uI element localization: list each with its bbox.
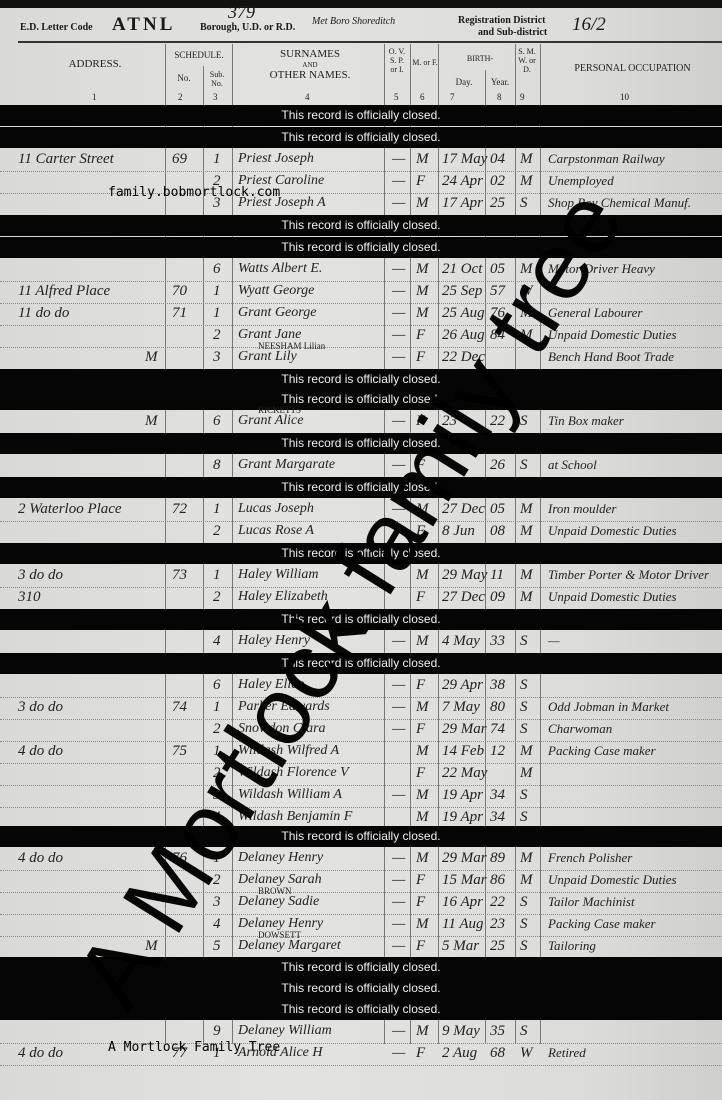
occupation-cell: at School xyxy=(548,457,597,473)
occupation-cell: Timber Porter & Motor Driver xyxy=(548,567,709,583)
sex-cell: M xyxy=(416,633,429,650)
closed-record-bar: This record is officially closed. xyxy=(0,105,722,126)
status-cell: M xyxy=(520,765,533,782)
sub-cell: 1 xyxy=(213,567,221,584)
name-cell: Lucas Rose A xyxy=(238,523,314,539)
sex-cell: M xyxy=(416,195,429,212)
borough-number: 379 xyxy=(228,2,255,23)
status-cell: S xyxy=(520,677,528,694)
birth-year-cell: 86 xyxy=(490,872,505,889)
watermark-footer: A Mortlock Family Tree xyxy=(108,1040,280,1055)
sub-cell: 6 xyxy=(213,677,221,694)
birth-year-cell: 12 xyxy=(490,743,505,760)
birth-day-cell: 11 Aug xyxy=(442,916,484,933)
col-birth: BIRTH- xyxy=(445,54,515,63)
sub-cell: 1 xyxy=(213,151,221,168)
birth-year-cell: 80 xyxy=(490,699,505,716)
col-surnames-line1: SURNAMES xyxy=(240,48,380,61)
sex-cell: F xyxy=(416,173,425,190)
occupation-cell: Tailoring xyxy=(548,938,596,954)
borough-label: Borough, U.D. or R.D. xyxy=(200,22,295,33)
status-cell: M xyxy=(520,151,533,168)
closed-record-bar: This record is officially closed. xyxy=(0,433,722,454)
sub-cell: 2 xyxy=(213,327,221,344)
ovspi-cell: — xyxy=(392,1023,405,1040)
col-surnames-line3: OTHER NAMES. xyxy=(240,69,380,82)
name-cell: Lucas Joseph xyxy=(238,501,314,517)
name-cell: Priest Joseph xyxy=(238,151,314,167)
ovspi-cell: — xyxy=(392,938,405,955)
ovspi-cell: — xyxy=(392,261,405,278)
registration-label-2: and Sub-district xyxy=(478,27,547,38)
status-cell: S xyxy=(520,809,528,826)
borough-value: Met Boro Shoreditch xyxy=(312,16,395,27)
sub-cell: 4 xyxy=(213,633,221,650)
birth-year-cell: 25 xyxy=(490,195,505,212)
name-annotation: RICKETTS xyxy=(258,405,301,415)
ed-letter-code-value: ATNL xyxy=(112,14,175,36)
birth-day-cell: 22 May xyxy=(442,765,487,782)
birth-day-cell: 29 Mar xyxy=(442,721,487,738)
colnum-6: 6 xyxy=(420,92,425,102)
sub-cell: 1 xyxy=(213,501,221,518)
name-annotation: NEESHAM Lilian xyxy=(258,341,325,351)
ovspi-cell: — xyxy=(392,349,405,366)
sex-cell: M xyxy=(416,1023,429,1040)
occupation-cell: — xyxy=(548,633,560,649)
birth-day-cell: 29 Mar xyxy=(442,850,487,867)
birth-year-cell: 09 xyxy=(490,589,505,606)
ovspi-cell: — xyxy=(392,283,405,300)
ovspi-cell: — xyxy=(392,850,405,867)
closed-record-bar: This record is officially closed. xyxy=(0,389,722,410)
status-cell: M xyxy=(520,523,533,540)
birth-year-cell: 02 xyxy=(490,173,505,190)
status-cell: M xyxy=(520,589,533,606)
col-sex: M. or F. xyxy=(412,58,438,67)
address-cell: 310 xyxy=(18,589,41,606)
birth-year-cell: 68 xyxy=(490,1045,505,1062)
birth-day-cell: 17 May xyxy=(442,151,487,168)
ovspi-cell: — xyxy=(392,916,405,933)
status-cell: S xyxy=(520,633,528,650)
ovspi-cell: — xyxy=(392,151,405,168)
sex-cell: M xyxy=(416,261,429,278)
registration-value: 16/2 xyxy=(572,14,606,36)
sub-cell: 2 xyxy=(213,523,221,540)
status-cell: S xyxy=(520,894,528,911)
colnum-7: 7 xyxy=(450,92,455,102)
name-annotation: BROWN xyxy=(258,886,292,896)
sex-cell: F xyxy=(416,938,425,955)
schedule-cell: 74 xyxy=(172,699,187,716)
birth-day-cell: 5 Mar xyxy=(442,938,479,955)
status-cell: S xyxy=(520,721,528,738)
colnum-4: 4 xyxy=(305,92,310,102)
sub-cell: 6 xyxy=(213,413,221,430)
birth-day-cell: 15 Mar xyxy=(442,872,487,889)
sex-cell: M xyxy=(416,809,429,826)
birth-year-cell: 04 xyxy=(490,151,505,168)
ovspi-cell: — xyxy=(392,305,405,322)
birth-year-cell: 35 xyxy=(490,1023,505,1040)
table-row: 8Grant Margarate—F26Sat School xyxy=(0,455,722,478)
birth-day-cell: 4 May xyxy=(442,633,480,650)
ovspi-cell: — xyxy=(392,677,405,694)
table-row: 2Snowdon Clara—F29 Mar74SCharwoman xyxy=(0,719,722,742)
address-cell: 3 do do xyxy=(18,567,63,584)
sex-cell: F xyxy=(416,1045,425,1062)
column-numbers: 1 2 3 4 5 6 7 8 9 10 xyxy=(0,92,722,105)
closed-record-bar: This record is officially closed. xyxy=(0,127,722,148)
table-row: M6Grant Alice—F2322STin Box makerRICKETT… xyxy=(0,411,722,434)
address-cell: 11 do do xyxy=(18,305,69,322)
registration-label-1: Registration District xyxy=(458,15,545,26)
schedule-cell: 73 xyxy=(172,567,187,584)
birth-year-cell: 22 xyxy=(490,894,505,911)
sex-cell: F xyxy=(416,349,425,366)
occupation-cell: Charwoman xyxy=(548,721,612,737)
name-annotation: DOWSETT xyxy=(258,930,301,940)
sex-cell: F xyxy=(416,872,425,889)
sex-cell: F xyxy=(416,327,425,344)
sex-cell: F xyxy=(416,765,425,782)
name-cell: Wyatt George xyxy=(238,283,314,299)
table-row: 3Wildash William A—M19 Apr34S xyxy=(0,785,722,808)
occupation-cell: Carpstonman Railway xyxy=(548,151,665,167)
address-cell: 3 do do xyxy=(18,699,63,716)
birth-year-cell: 34 xyxy=(490,809,505,826)
status-cell: M xyxy=(520,173,533,190)
status-cell: M xyxy=(520,567,533,584)
sex-cell: M xyxy=(416,151,429,168)
status-cell: M xyxy=(520,743,533,760)
birth-year-cell: 23 xyxy=(490,916,505,933)
status-cell: W xyxy=(520,1045,533,1062)
closed-record-bar: This record is officially closed. xyxy=(0,826,722,847)
birth-day-cell: 9 May xyxy=(442,1023,480,1040)
address-cell: 4 do do xyxy=(18,850,63,867)
address-cell: 11 Alfred Place xyxy=(18,283,110,300)
closed-record-bar: This record is officially closed. xyxy=(0,369,722,390)
colnum-9: 9 xyxy=(520,92,525,102)
closed-record-bar: This record is officially closed. xyxy=(0,999,722,1020)
ovspi-cell: — xyxy=(392,1045,405,1062)
ovspi-cell: — xyxy=(392,894,405,911)
ovspi-cell: — xyxy=(392,327,405,344)
occupation-cell: Tin Box maker xyxy=(548,413,624,429)
name-cell: Grant Lily xyxy=(238,349,297,365)
birth-year-cell: 08 xyxy=(490,523,505,540)
table-row: 11 Alfred Place701Wyatt George—M25 Sep57… xyxy=(0,281,722,304)
occupation-cell: Unpaid Domestic Duties xyxy=(548,872,677,888)
occupation-cell: Iron moulder xyxy=(548,501,617,517)
col-birth-year: Year. xyxy=(485,77,515,87)
birth-day-cell: 29 Apr xyxy=(442,677,483,694)
status-cell: M xyxy=(520,872,533,889)
birth-day-cell: 17 Apr xyxy=(442,195,483,212)
birth-day-cell: 7 May xyxy=(442,699,480,716)
table-row: M3Grant Lily—F22 DecBench Hand Boot Trad… xyxy=(0,347,722,370)
col-schedule-no: No. xyxy=(165,73,203,83)
col-schedule: SCHEDULE. xyxy=(165,50,233,60)
sub-cell: 5 xyxy=(213,938,221,955)
status-cell: S xyxy=(520,195,528,212)
col-address: ADDRESS. xyxy=(40,58,150,71)
col-smwd: S. M. W. or D. xyxy=(516,47,538,75)
sex-cell: M xyxy=(416,283,429,300)
birth-day-cell: 19 Apr xyxy=(442,809,483,826)
address-cell: 2 Waterloo Place xyxy=(18,501,122,518)
birth-year-cell: 25 xyxy=(490,938,505,955)
table-row: 3 do do741Parker Edwards—M7 May80SOdd Jo… xyxy=(0,697,722,720)
ovspi-cell: — xyxy=(392,787,405,804)
census-page: E.D. Letter Code ATNL Borough, U.D. or R… xyxy=(0,0,722,1100)
col-ovspi: O. V. S. P. or I. xyxy=(386,47,408,75)
watermark-url: family.bobmortlock.com xyxy=(108,185,280,200)
table-row: 2Grant Jane—F26 Aug84MUnpaid Domestic Du… xyxy=(0,325,722,348)
ovspi-cell: — xyxy=(392,173,405,190)
colnum-1: 1 xyxy=(92,92,97,102)
sex-cell: F xyxy=(416,894,425,911)
birth-day-cell: 14 Feb xyxy=(442,743,484,760)
status-cell: S xyxy=(520,787,528,804)
table-row: 4 do do751Wildash Wilfred AM14 Feb12MPac… xyxy=(0,741,722,764)
name-cell: Delaney Sadie xyxy=(238,894,319,910)
sex-cell: F xyxy=(416,677,425,694)
top-border xyxy=(0,0,722,8)
birth-day-cell: 2 Aug xyxy=(442,1045,477,1062)
occupation-cell: Unpaid Domestic Duties xyxy=(548,523,677,539)
colnum-10: 10 xyxy=(620,92,629,102)
occupation-cell: French Polisher xyxy=(548,850,632,866)
schedule-cell: 70 xyxy=(172,283,187,300)
schedule-cell: 71 xyxy=(172,305,187,322)
birth-year-cell: 34 xyxy=(490,787,505,804)
birth-day-cell: 27 Dec xyxy=(442,589,485,606)
name-cell: Grant Alice xyxy=(238,413,303,429)
address-cell: 4 do do xyxy=(18,1045,63,1062)
birth-year-cell: 33 xyxy=(490,633,505,650)
birth-year-cell: 38 xyxy=(490,677,505,694)
colnum-8: 8 xyxy=(497,92,502,102)
status-cell: S xyxy=(520,916,528,933)
table-row: 11 Carter Street691Priest Joseph—M17 May… xyxy=(0,149,722,172)
table-row: 4 do do761Delaney Henry—M29 Mar89MFrench… xyxy=(0,848,722,871)
birth-day-cell: 16 Apr xyxy=(442,894,483,911)
birth-day-cell: 21 Oct xyxy=(442,261,482,278)
birth-year-cell: 05 xyxy=(490,501,505,518)
schedule-cell: 69 xyxy=(172,151,187,168)
sex-cell: M xyxy=(416,787,429,804)
name-cell: Watts Albert E. xyxy=(238,261,322,277)
table-row: 11 do do711Grant George—M25 Aug76MGenera… xyxy=(0,303,722,326)
status-cell: S xyxy=(520,457,528,474)
ovspi-cell: — xyxy=(392,872,405,889)
occupation-cell: Packing Case maker xyxy=(548,743,656,759)
address-cell: M xyxy=(145,349,158,366)
col-occupation: PERSONAL OCCUPATION xyxy=(545,63,720,75)
ovspi-cell: — xyxy=(392,195,405,212)
sub-cell: 1 xyxy=(213,305,221,322)
birth-day-cell: 19 Apr xyxy=(442,787,483,804)
name-cell: Delaney Margaret xyxy=(238,938,341,954)
occupation-cell: Packing Case maker xyxy=(548,916,656,932)
sex-cell: F xyxy=(416,721,425,738)
sex-cell: M xyxy=(416,850,429,867)
sub-cell: 2 xyxy=(213,589,221,606)
birth-year-cell: 89 xyxy=(490,850,505,867)
status-cell: S xyxy=(520,699,528,716)
ovspi-cell: — xyxy=(392,699,405,716)
occupation-cell: Unpaid Domestic Duties xyxy=(548,589,677,605)
header-rule xyxy=(18,41,722,43)
sex-cell: M xyxy=(416,743,429,760)
occupation-cell: Odd Jobman in Market xyxy=(548,699,669,715)
sex-cell: M xyxy=(416,916,429,933)
ovspi-cell: — xyxy=(392,633,405,650)
birth-year-cell: 74 xyxy=(490,721,505,738)
name-cell: Grant George xyxy=(238,305,316,321)
colnum-5: 5 xyxy=(394,92,399,102)
sub-cell: 3 xyxy=(213,349,221,366)
address-cell: 4 do do xyxy=(18,743,63,760)
ovspi-cell: — xyxy=(392,721,405,738)
birth-day-cell: 24 Apr xyxy=(442,173,483,190)
table-row: 2Wildash Florence VF22 MayM xyxy=(0,763,722,786)
colnum-3: 3 xyxy=(213,92,218,102)
document-header: E.D. Letter Code ATNL Borough, U.D. or R… xyxy=(0,8,722,42)
sex-cell: M xyxy=(416,305,429,322)
occupation-cell: Retired xyxy=(548,1045,586,1061)
address-cell: M xyxy=(145,413,158,430)
sub-cell: 8 xyxy=(213,457,221,474)
birth-year-cell: 11 xyxy=(490,567,504,584)
schedule-cell: 72 xyxy=(172,501,187,518)
sex-cell: M xyxy=(416,699,429,716)
col-surnames: SURNAMES AND OTHER NAMES. xyxy=(240,48,380,81)
col-birth-day: Day. xyxy=(443,77,485,87)
status-cell: M xyxy=(520,501,533,518)
sub-cell: 6 xyxy=(213,261,221,278)
sub-cell: 1 xyxy=(213,283,221,300)
address-cell: 11 Carter Street xyxy=(18,151,114,168)
name-cell: Grant Margarate xyxy=(238,457,335,473)
occupation-cell: Tailor Machinist xyxy=(548,894,635,910)
sub-cell: 9 xyxy=(213,1023,221,1040)
status-cell: M xyxy=(520,850,533,867)
name-cell: Delaney William xyxy=(238,1023,332,1039)
colnum-2: 2 xyxy=(178,92,183,102)
birth-day-cell: 29 May xyxy=(442,567,487,584)
status-cell: S xyxy=(520,938,528,955)
status-cell: S xyxy=(520,1023,528,1040)
ed-letter-code-label: E.D. Letter Code xyxy=(20,22,93,33)
col-schedule-sub: Sub. No. xyxy=(203,70,231,88)
col-surnames-line2: AND xyxy=(240,61,380,69)
